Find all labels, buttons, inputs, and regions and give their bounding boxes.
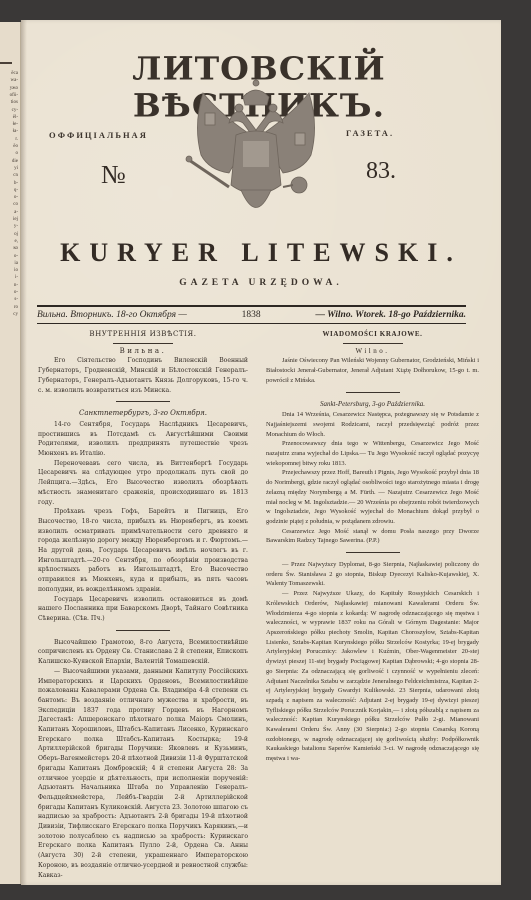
newspaper-page: ЛИТОВСКІЙ ВѢСТНИКЪ. ОФФИЦІАЛЬНАЯ ГАЗЕТА.… bbox=[21, 20, 501, 885]
gutter-shadow bbox=[21, 20, 27, 885]
article-dateline: Санктпетербургъ, 3-го Октября. bbox=[38, 409, 248, 419]
article-city: Wilno. bbox=[266, 347, 479, 357]
article-paragraph: Cesarzewicz Jego Mość stanął w domu Posł… bbox=[266, 527, 479, 546]
previous-page-text-fragment: r. bbox=[15, 136, 18, 143]
article-paragraph: 14-го Сентября, Государь Наслѣдникъ Цеса… bbox=[38, 420, 248, 459]
previous-page-text-fragment: cn bbox=[13, 172, 18, 179]
previous-page-text-fragment: o bbox=[16, 150, 19, 157]
previous-page-text-fragment: io bbox=[14, 267, 18, 274]
article-paragraph: — Przez Najwyższy Dyplomat, 8-go Sierpni… bbox=[266, 560, 479, 589]
article-paragraph: Przenocowawszy dnia tego w Wittenbergu, … bbox=[266, 439, 479, 468]
subtitle-polish: GAZETA URZĘDOWA. bbox=[21, 278, 501, 288]
previous-page-text-fragment: e, bbox=[15, 238, 18, 245]
double-headed-eagle-icon bbox=[181, 75, 331, 235]
section-rule bbox=[343, 343, 403, 344]
article-paragraph: — Przez Najwyższe Ukazy, do Kapituły Ros… bbox=[266, 589, 479, 764]
dateline-polish: — Wilno. Wtorek. 18-go Października. bbox=[315, 310, 466, 320]
article-separator bbox=[346, 392, 400, 393]
previous-page-text-fragment: ёо bbox=[13, 143, 18, 150]
article-separator bbox=[116, 630, 170, 631]
article-paragraph: Его Сіятельство Господинъ Виленскій Воен… bbox=[38, 356, 248, 395]
column-russian: ВНУТРЕННІЯ ИЗВѢСТІЯ. Вильна. Его Сіятель… bbox=[38, 326, 248, 880]
article-separator bbox=[116, 401, 170, 402]
previous-page-text-fragment: wa- bbox=[11, 77, 19, 84]
issue-number-label: № bbox=[101, 160, 126, 190]
previous-page-rule bbox=[0, 62, 12, 64]
issue-number-value: 83. bbox=[366, 158, 396, 185]
article-paragraph: — Высочайшими указами, данными Капитулу … bbox=[38, 667, 248, 880]
previous-page-text-fragment: y- bbox=[14, 223, 18, 230]
article-city: Вильна. bbox=[38, 347, 248, 357]
previous-page-text-fragment: die bbox=[12, 158, 18, 165]
previous-page-text-fragment: ко bbox=[13, 245, 18, 252]
article-paragraph: Przejechawszy przez Hoff, Bareuth i Pign… bbox=[266, 468, 479, 526]
previous-page-text-fragment: o- bbox=[14, 194, 18, 201]
article-separator bbox=[346, 552, 400, 553]
previous-page-text-fragment: ёl- bbox=[13, 114, 18, 121]
article-paragraph: Dnia 14 Września, Cesarzewicz Następca, … bbox=[266, 410, 479, 439]
previous-page-text-fragment: ёса bbox=[11, 70, 18, 77]
article-paragraph: Jaśnie Oświecony Pan Wileński Wojenny Gu… bbox=[266, 356, 479, 385]
previous-page-text-fragment: cy- bbox=[12, 107, 18, 114]
previous-page-text-fragment: oj bbox=[14, 231, 18, 238]
dateline: Вильна. Вторникъ. 18-го Октября — 1838 —… bbox=[37, 308, 466, 322]
previous-page-text-fragment: co bbox=[13, 201, 18, 208]
dateline-year: 1838 bbox=[242, 310, 261, 320]
masthead-title-polish: KURYER LITEWSKI. bbox=[21, 238, 501, 268]
section-title-internal-news: ВНУТРЕННІЯ ИЗВѢСТІЯ. bbox=[38, 330, 248, 340]
article-paragraph: Государь Цесаревичъ изволилъ остановитьс… bbox=[38, 595, 248, 624]
previous-page-text-fragment: i- bbox=[15, 274, 18, 281]
dateline-top-rule bbox=[37, 305, 466, 307]
previous-page-text-fragment: o- bbox=[14, 289, 18, 296]
previous-page-text-fragment: сy bbox=[13, 311, 18, 318]
previous-page-text-fragment: b- bbox=[14, 180, 18, 187]
article-paragraph: Переночевавъ сего числа, въ Виттенбергѣ … bbox=[38, 459, 248, 508]
subtitle-gazette: ГАЗЕТА. bbox=[346, 128, 394, 138]
dateline-russian: Вильна. Вторникъ. 18-го Октября — bbox=[37, 310, 187, 320]
previous-page-text-fragment: ro bbox=[14, 304, 18, 311]
column-polish: WIADOMOŚCI KRAJOWE. Wilno. Jaśnie Oświec… bbox=[266, 326, 479, 764]
article-paragraph: Высочайшею Грамотою, 8-го Августа, Всеми… bbox=[38, 638, 248, 667]
previous-page-text-fragment: s- bbox=[14, 296, 18, 303]
previous-page-text-fragment: ła- bbox=[13, 128, 18, 135]
previous-page-text-fragment: ofü- bbox=[10, 92, 18, 99]
previous-page-text-fragment: o- bbox=[14, 253, 18, 260]
previous-page-edge: ёсаwa-ужоofü-tioscy-ёl-łe-ła-r.ёоodieyic… bbox=[0, 22, 21, 884]
previous-page-text-fragment: tios bbox=[11, 99, 18, 106]
article-paragraph: Проѣхавъ чрезъ Гофъ, Барейтъ и Пигницъ, … bbox=[38, 507, 248, 594]
previous-page-text-fragment: iej bbox=[13, 216, 18, 223]
previous-page-text-fragment: q- bbox=[14, 187, 18, 194]
section-rule bbox=[113, 343, 173, 344]
previous-page-text-fragment: łe- bbox=[13, 121, 18, 128]
section-title-national-news: WIADOMOŚCI KRAJOWE. bbox=[266, 330, 479, 340]
previous-page-text-fragment: yi bbox=[14, 165, 18, 172]
article-dateline: Sankt-Petersburg, 3-go Października. bbox=[266, 400, 479, 410]
previous-page-text-fragment: a- bbox=[14, 209, 18, 216]
previous-page-text-fragment: ia bbox=[14, 260, 18, 267]
previous-page-text-fragment: ужо bbox=[10, 85, 18, 92]
subtitle-official: ОФФИЦІАЛЬНАЯ bbox=[49, 130, 148, 140]
previous-page-text-fragment: n- bbox=[14, 282, 18, 289]
dateline-bottom-rule bbox=[37, 323, 466, 324]
